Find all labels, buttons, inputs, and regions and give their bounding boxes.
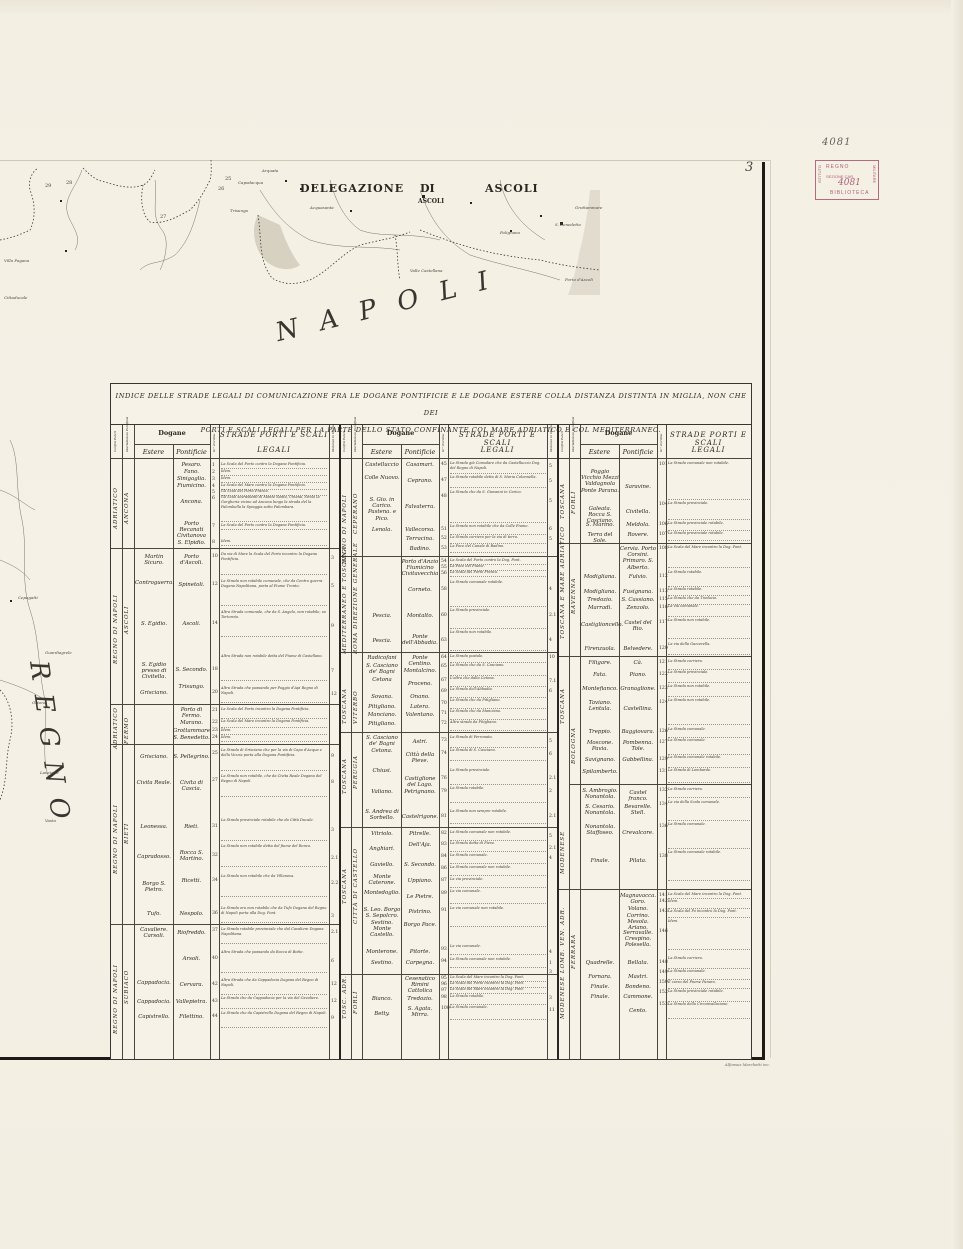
dogana-pontificia: Fano. <box>173 469 210 475</box>
distance-miles: 5 <box>331 584 334 589</box>
road-description: La Strada che da Capistrello Dogana del … <box>221 1011 327 1028</box>
road-description: La Strada rotabile provinciale che dal C… <box>221 927 327 944</box>
dogana-estera: Vitriolo. <box>363 831 401 837</box>
confine-label: ADRIATICO <box>113 709 119 749</box>
map-frame-right <box>762 162 765 1060</box>
row-number: 115 <box>659 597 668 602</box>
dogana-estera: Pescia. <box>363 638 401 644</box>
row-number: 91 <box>441 908 447 913</box>
row-number: 56 <box>441 571 447 576</box>
distance-miles: 3 <box>549 996 552 1001</box>
road-description: La Strada detta di Pieve. <box>450 841 546 852</box>
distance-miles: 2.2 <box>331 881 338 886</box>
col-divider <box>351 425 352 1059</box>
dogana-estera: Modigliana. <box>581 574 619 580</box>
dogana-estera: Grisciano. <box>135 754 173 760</box>
road-description: La via comunale. <box>668 604 750 617</box>
engraver-signature: Alfonsus Marchetti inc. <box>725 1062 770 1067</box>
group-separator <box>559 656 751 657</box>
dogana-pontificia: Trisungo. <box>173 684 210 690</box>
road-description: La Strada ora non rotabile che da Tufo D… <box>221 906 327 923</box>
col-divider <box>134 425 135 1059</box>
dogana-estera: S. Gio. in Carico. Pastena. e Pico. <box>363 497 401 522</box>
dogana-pontificia: Fulvio. <box>619 574 657 580</box>
dogana-estera: Finale. <box>581 858 619 864</box>
paper-fold-top <box>0 0 963 18</box>
row-number: 48 <box>441 494 447 499</box>
distance-miles: 5 <box>549 739 552 744</box>
dogana-pontificia: Rieti. <box>173 824 210 830</box>
dogana-pontificia: Bondeno. <box>619 984 657 990</box>
row-number: 54 <box>441 559 447 564</box>
dogana-pontificia: Tredozio. <box>401 996 439 1002</box>
dogana-estera: S. Egidio. <box>135 621 173 627</box>
dogana-pontificia: S. Secondo. <box>173 667 210 673</box>
stamp-number: 4081 <box>838 178 861 188</box>
row-number: 150 <box>659 980 668 985</box>
dogana-pontificia: Granaglione. <box>619 686 657 692</box>
hdr-strade: STRADE PORTI E SCALI <box>666 431 751 447</box>
distance-miles: 5 <box>549 537 552 542</box>
dogana-estera: S. Marino. <box>581 522 619 528</box>
group-separator <box>569 784 751 785</box>
dogana-pontificia: Ceprano. <box>401 478 439 484</box>
road-description: La Strada provinciale rotabile. <box>668 989 750 1002</box>
road-description: La Strada comunale. <box>668 727 750 738</box>
row-number: 81 <box>441 814 447 819</box>
dogana-pontificia: Cà. <box>619 660 657 666</box>
hdr-giurisdizione: Giurisdizione Pontificia <box>125 428 129 452</box>
distance-miles: 11 <box>549 1008 555 1013</box>
dogana-pontificia: Montalcino. <box>401 668 439 674</box>
dogana-pontificia: Castellina. <box>619 706 657 712</box>
dogana-pontificia: Bellata. <box>619 960 657 966</box>
dogana-pontificia: S. Cassiano. <box>619 597 657 603</box>
road-description: La Strada che da Pitigliano. <box>450 698 546 709</box>
hdr-giurisdizione: Giurisdizione Pontificia <box>353 428 357 452</box>
road-description: La Strada comunale. <box>668 822 750 849</box>
row-number: 98 <box>441 995 447 1000</box>
dogana-estera: Firenzuola. <box>581 646 619 652</box>
dogana-estera: S. Casciano de' Bagni <box>363 663 401 675</box>
place-label: Cittaducale <box>4 295 27 300</box>
dogana-pontificia: Nespolo. <box>173 911 210 917</box>
distance-miles: 5 <box>549 464 552 469</box>
dogana-pontificia: Zenzolo. <box>619 605 657 611</box>
col-divider <box>219 425 220 1059</box>
distance-miles: 10 <box>549 655 555 660</box>
road-description: Da via di Mare la Scala del Porto incont… <box>221 552 327 575</box>
dogana-pontificia: Civita di Cascia. <box>173 780 210 792</box>
row-number: 149 <box>659 970 668 975</box>
dogana-pontificia: Civitavecchia <box>401 571 439 577</box>
row-number: 64 <box>441 655 447 660</box>
row-number: 83 <box>441 842 447 847</box>
road-description: Altra strada da Pitigliano. <box>450 720 546 731</box>
hdr-bottom-line <box>559 458 751 459</box>
road-description: La Strada di S. Casciano. <box>450 748 546 761</box>
row-number: 108 <box>659 546 668 551</box>
road-description: La Strada provinciale rotabile. <box>668 531 750 541</box>
row-number: 142 <box>659 899 668 904</box>
hdr-legali: LEGALI <box>219 446 329 454</box>
dogana-estera: Radicofani <box>363 655 401 661</box>
row-number: 129 <box>659 757 668 762</box>
road-description: La Strada comunale. <box>668 738 750 755</box>
row-number: 43 <box>212 999 218 1004</box>
confine-label: REGNO DI NAPOLI <box>113 944 119 1034</box>
road-description: La Strada non rotabile comunale, che da … <box>221 579 327 606</box>
hdr-dogane: Dogane <box>580 429 657 437</box>
dogana-estera: Grisciano. <box>135 690 173 696</box>
dogana-estera: Modigliana. <box>581 589 619 595</box>
row-number: 82 <box>441 831 447 836</box>
col-divider <box>210 425 211 1059</box>
dogana-estera: Pescia. <box>363 613 401 619</box>
road-description: La via comunale. <box>450 889 546 904</box>
index-title-line1: INDICE DELLE STRADE LEGALI DI COMUNICAZI… <box>111 388 751 422</box>
dogana-estera: Lenola. <box>363 527 401 533</box>
plate-edge-right <box>770 160 771 1058</box>
dogana-pontificia: Le Pietre. <box>401 894 439 900</box>
place-label: Arquata <box>262 168 278 173</box>
road-description: La Strada che da S. Casciano. <box>450 663 546 676</box>
dogana-pontificia: Cervara. <box>173 982 210 988</box>
distance-miles: 6 <box>331 959 334 964</box>
col-divider <box>547 425 548 1059</box>
road-description: La via della Scala comunale. <box>668 800 750 821</box>
row-number: 94 <box>441 959 447 964</box>
dogana-pontificia: Civitella. <box>619 509 657 515</box>
row-number: 79 <box>441 789 447 794</box>
distance-miles: 2.1 <box>549 613 556 618</box>
dogana-pontificia: Fusignana. <box>619 589 657 595</box>
region-label-di: DI <box>420 182 435 195</box>
row-number: 67 <box>441 678 447 683</box>
hdr-pontificie: Pontificie <box>619 448 657 456</box>
distance-miles: 2.1 <box>549 814 556 819</box>
road-description: La Strada che da Manciano. <box>450 709 546 720</box>
giurisdizione-label: RAVENNA <box>571 574 577 614</box>
road-description: La Strada rotabile. <box>668 570 750 587</box>
row-number: 120 <box>659 646 668 651</box>
distance-miles: 9 <box>331 754 334 759</box>
dogana-pontificia: Pitorte. <box>401 949 439 955</box>
row-number: 8 <box>212 540 215 545</box>
row-number: 51 <box>441 527 447 532</box>
dogana-estera: Tredozio. <box>581 597 619 603</box>
dogana-pontificia: Bevarelle. Stell. <box>619 804 657 816</box>
distance-miles: 3 <box>331 914 334 919</box>
row-number: 4 <box>212 484 215 489</box>
hdr-sep <box>362 444 439 445</box>
dogana-pontificia: Carpegna. <box>401 960 439 966</box>
dogana-estera: Cappadocia. <box>135 980 173 986</box>
road-description: La via comunale. <box>450 944 546 955</box>
row-number: 70 <box>441 701 447 706</box>
road-description: La Strada corriera. <box>668 956 750 969</box>
dogana-pontificia: S. Secondo. <box>401 862 439 868</box>
road-description: La Scala del Mare incontro la Dog. Pont. <box>668 892 750 899</box>
road-description: La Strada dell'Abbadia. <box>450 687 546 698</box>
dogana-estera: Colle Nuovo. <box>363 475 401 481</box>
dogana-estera: S. Egidio presso di Civitella. <box>135 662 173 681</box>
paper-fold-right <box>951 0 963 1249</box>
dogana-estera: Cetona. <box>363 748 401 754</box>
row-number: 106 <box>659 522 668 527</box>
row-number: 18 <box>212 667 218 672</box>
dogana-pontificia: Filettino. <box>173 1014 210 1020</box>
road-description: La via provinciale. <box>450 877 546 888</box>
road-description: La Strada già Consolare che da Castelluc… <box>450 461 546 474</box>
dogana-estera: Capradosso. <box>135 854 173 860</box>
road-description: La Strada non rotabile, che da Civita Re… <box>221 774 327 797</box>
row-number: 126 <box>659 729 668 734</box>
road-description: La Scala del Porto contro la Dogana Pont… <box>221 523 327 530</box>
dogana-pontificia: Pitrelle. <box>401 831 439 837</box>
row-number: 86 <box>441 866 447 871</box>
road-description: La Strada corriera per la via di terra. <box>450 535 546 544</box>
dogana-estera: Montedoglio. <box>363 890 401 896</box>
dogana-pontificia: Vallecorsa. <box>401 527 439 533</box>
col-divider <box>569 425 570 1059</box>
dogana-pontificia: Città della Pieve. <box>401 752 439 764</box>
boundary-number: 27 <box>160 214 166 220</box>
dogana-estera: Finale. <box>581 994 619 1000</box>
dogana-estera: Valiano. <box>363 789 401 795</box>
row-number: 113 <box>659 589 668 594</box>
dogana-pontificia: Volano. <box>619 906 657 912</box>
place-label: Ortona <box>32 700 46 705</box>
row-number: 40 <box>212 956 218 961</box>
confine-label: MODENESE <box>560 794 566 874</box>
distance-miles: 2.1 <box>331 930 338 935</box>
row-number: 22 <box>212 720 218 725</box>
distance-miles: 2 <box>549 789 552 794</box>
row-number: 104 <box>659 502 668 507</box>
group-separator <box>341 732 557 733</box>
hdr-sep <box>134 444 210 445</box>
road-description: Idem. <box>221 728 327 735</box>
giurisdizione-label: FERMO <box>124 714 130 744</box>
dogana-estera: Bianco. <box>363 996 401 1002</box>
town-label-ascoli: ASCOLI <box>418 198 444 205</box>
group-separator <box>341 652 557 653</box>
stamp-line1: REGNO <box>826 164 849 170</box>
road-description: Altra Strada non rotabile detta del Fium… <box>221 654 327 681</box>
place-label: Vasto <box>45 818 56 823</box>
dogana-pontificia: Astri. <box>401 739 439 745</box>
distance-miles: 9 <box>331 1016 334 1021</box>
row-number: 21 <box>212 708 218 713</box>
dogana-pontificia: Crevalcore. <box>619 830 657 836</box>
road-description: Altra Strada che passando per Poggio d'A… <box>221 686 327 703</box>
row-number: 12 <box>212 582 218 587</box>
col-divider <box>122 425 123 1059</box>
dogana-pontificia: Corrino. Mesola. Ariano. <box>619 913 657 932</box>
dogana-estera: S. Ambrogio. Nonantola. <box>581 788 619 800</box>
distance-miles: 8 <box>331 780 334 785</box>
dogana-pontificia: Fiumicino. <box>173 483 210 489</box>
dogana-pontificia: S. Benedetto. <box>173 735 210 741</box>
dogana-estera: Monte Caterone. <box>363 874 401 886</box>
col-divider <box>657 425 658 1059</box>
dogana-estera: Cappadocia. <box>135 999 173 1005</box>
dogana-estera: Poggio Vicchio Mezzi Valdagnola Ponte Pa… <box>581 469 619 494</box>
dogana-pontificia: Uppiano. <box>401 878 439 884</box>
group-separator <box>111 744 339 745</box>
road-description: Idem. <box>221 735 327 742</box>
place-label: Lanciano <box>40 770 59 775</box>
boundary-number: 26 <box>218 186 224 192</box>
dogana-pontificia: Castel del Rio. <box>619 620 657 632</box>
distance-miles: 6 <box>549 752 552 757</box>
dogana-pontificia: Spinetoli. <box>173 582 210 588</box>
dogana-pontificia: Castiglione del Lago. <box>401 776 439 788</box>
dogana-pontificia: Proceno. <box>401 681 439 687</box>
confine-label: MODENESE LOMB. VEN. ADR. <box>560 909 566 1019</box>
hdr-pontificie: Pontificie <box>401 448 439 456</box>
hdr-num-ordine: N.° d'ordine <box>659 428 663 452</box>
row-number: 132 <box>659 788 668 793</box>
row-number: 101 <box>659 462 668 467</box>
road-description: Idem. <box>221 469 327 476</box>
dogana-estera: S. Cesario. Nonantola. <box>581 804 619 816</box>
dogana-pontificia: Porto Recanati Civitanova <box>173 521 210 540</box>
dogana-pontificia: Latera. <box>401 704 439 710</box>
road-description: La Strada comunale. <box>450 853 546 864</box>
hdr-legali: LEGALI <box>448 446 547 454</box>
road-description: Idem. <box>668 919 750 950</box>
distance-miles: 12 <box>331 982 337 987</box>
road-description: Altra Strada che passando da Rocca di Bo… <box>221 950 327 973</box>
road-description: La Strada non sempre rotabile. <box>450 809 546 824</box>
road-description: Il corso del Fiume Panaro. <box>668 980 750 989</box>
distance-miles: 3 <box>331 828 334 833</box>
place-label: Capodacqua <box>238 180 263 185</box>
dogana-pontificia: S. Agata. Mirra. <box>401 1006 439 1018</box>
row-number: 143 <box>659 909 668 914</box>
road-description: La Strada provinciale rotabile. <box>668 521 750 531</box>
dogana-pontificia: Marano. <box>173 720 210 726</box>
row-number: 52 <box>441 536 447 541</box>
road-description: La Strada non rotabile che da Colle Fium… <box>450 524 546 535</box>
row-number: 107 <box>659 532 668 537</box>
dogana-pontificia: Ascoli. <box>173 621 210 627</box>
confine-label: TOSCANA <box>342 744 348 794</box>
hdr-dogane: Dogane <box>134 429 210 437</box>
hdr-estere: Estere <box>580 448 619 456</box>
row-number: 71 <box>441 711 447 716</box>
road-description: Idem. <box>668 899 750 909</box>
row-number: 37 <box>212 928 218 933</box>
dogana-pontificia: Ponte dell'Abbadia. <box>401 634 439 646</box>
stamp-side-right: MILITARE <box>872 165 877 183</box>
boundary-number: 25 <box>225 176 231 182</box>
dogana-estera: Filigare. <box>581 660 619 666</box>
road-description: La Strada non rotabile. <box>668 698 750 725</box>
dogana-pontificia: Petrignano. <box>401 789 439 795</box>
group-separator <box>111 548 339 549</box>
row-number: 72 <box>441 721 447 726</box>
dogana-pontificia: Magnavacca. Goro. <box>619 893 657 905</box>
distance-miles: 7.1 <box>549 679 556 684</box>
distance-miles: 2.1 <box>549 776 556 781</box>
place-label: Acquasanta <box>310 205 334 210</box>
road-description: La Strada non rotabile che da Villanova. <box>221 874 327 897</box>
row-number: 124 <box>659 700 668 705</box>
col-divider <box>329 425 330 1059</box>
row-number: 123 <box>659 686 668 691</box>
road-description: La Strada comunale. <box>668 969 750 980</box>
dogana-estera: Pitigliano. <box>363 704 401 710</box>
dogana-pontificia: Casamari. <box>401 462 439 468</box>
road-description: La Strada provinciale. <box>450 768 546 785</box>
map-sheet: 4081 3 REGNO SEZIONE CAR. 4081 BIBLIOTEC… <box>0 0 963 1249</box>
dogana-estera: Monterone. <box>363 949 401 955</box>
hdr-bottom-line <box>341 458 557 459</box>
dogana-pontificia: Pesaro. <box>173 462 210 468</box>
row-number: 146 <box>659 929 668 934</box>
road-description: La Strada non rotabile detta del fiume d… <box>221 844 327 867</box>
confine-label: REGNO DI NAPOLI <box>113 574 119 664</box>
dogana-pontificia: Onano. <box>401 694 439 700</box>
dogana-pontificia: Montalto. <box>401 613 439 619</box>
dogana-pontificia: Porto di Fermo. <box>173 707 210 719</box>
dogana-pontificia: Cervia. Porto Corsini. Primaro. S. Alber… <box>619 546 657 571</box>
row-number: 116 <box>659 605 668 610</box>
row-number: 6 <box>212 496 215 501</box>
distance-miles: 2.1 <box>549 846 556 851</box>
title-divider <box>111 424 751 425</box>
distance-miles: 12 <box>331 692 337 697</box>
row-number: 65 <box>441 664 447 669</box>
row-number: 45 <box>441 462 447 467</box>
dogana-estera: Controguerra. <box>135 580 173 586</box>
dogana-estera: Fata. <box>581 672 619 678</box>
dogana-estera: Sovana. <box>363 694 401 700</box>
distance-miles: 9 <box>331 624 334 629</box>
hdr-pontificie: Pontificie <box>173 448 210 456</box>
place-label: Porto d'Ascoli <box>565 277 593 282</box>
distance-miles: 5 <box>549 834 552 839</box>
row-number: 76 <box>441 776 447 781</box>
road-description: La Scala del Mare incontro la Dog. Pont. <box>668 545 750 568</box>
row-number: 42 <box>212 982 218 987</box>
dogana-pontificia: Piano. <box>619 672 657 678</box>
dogana-pontificia: Gabbellina. <box>619 757 657 763</box>
road-description: La Foce del Canale di Badino. <box>450 544 546 553</box>
stamp-side-left: ISTITUTO <box>817 165 822 183</box>
road-description: La Strada comunale non rotabile. <box>668 461 750 500</box>
dogana-pontificia: Cattolica <box>401 988 439 994</box>
row-number: 1 <box>212 463 215 468</box>
dogana-pontificia: Mastri. <box>619 974 657 980</box>
giurisdizione-label: ANCONA <box>124 474 130 524</box>
road-description: La Strada comunale non rotabile. <box>450 957 546 968</box>
road-description: La Strada comunale rotabile. <box>668 850 750 881</box>
row-number: 112 <box>659 574 668 579</box>
group-separator <box>341 556 557 557</box>
dogana-pontificia: Pombenna. Tole. <box>619 740 657 752</box>
dogana-pontificia: Valentano. <box>401 712 439 718</box>
dogana-pontificia: Belvedere. <box>619 646 657 652</box>
stamp-line4: BIBLIOTECA <box>830 190 869 196</box>
row-number: 138 <box>659 854 668 859</box>
dogana-estera: S. Leo. Borgo S. Sepolcro. <box>363 907 401 919</box>
row-number: 136 <box>659 824 668 829</box>
dogana-estera: Borgo S. Pietro. <box>135 881 173 893</box>
